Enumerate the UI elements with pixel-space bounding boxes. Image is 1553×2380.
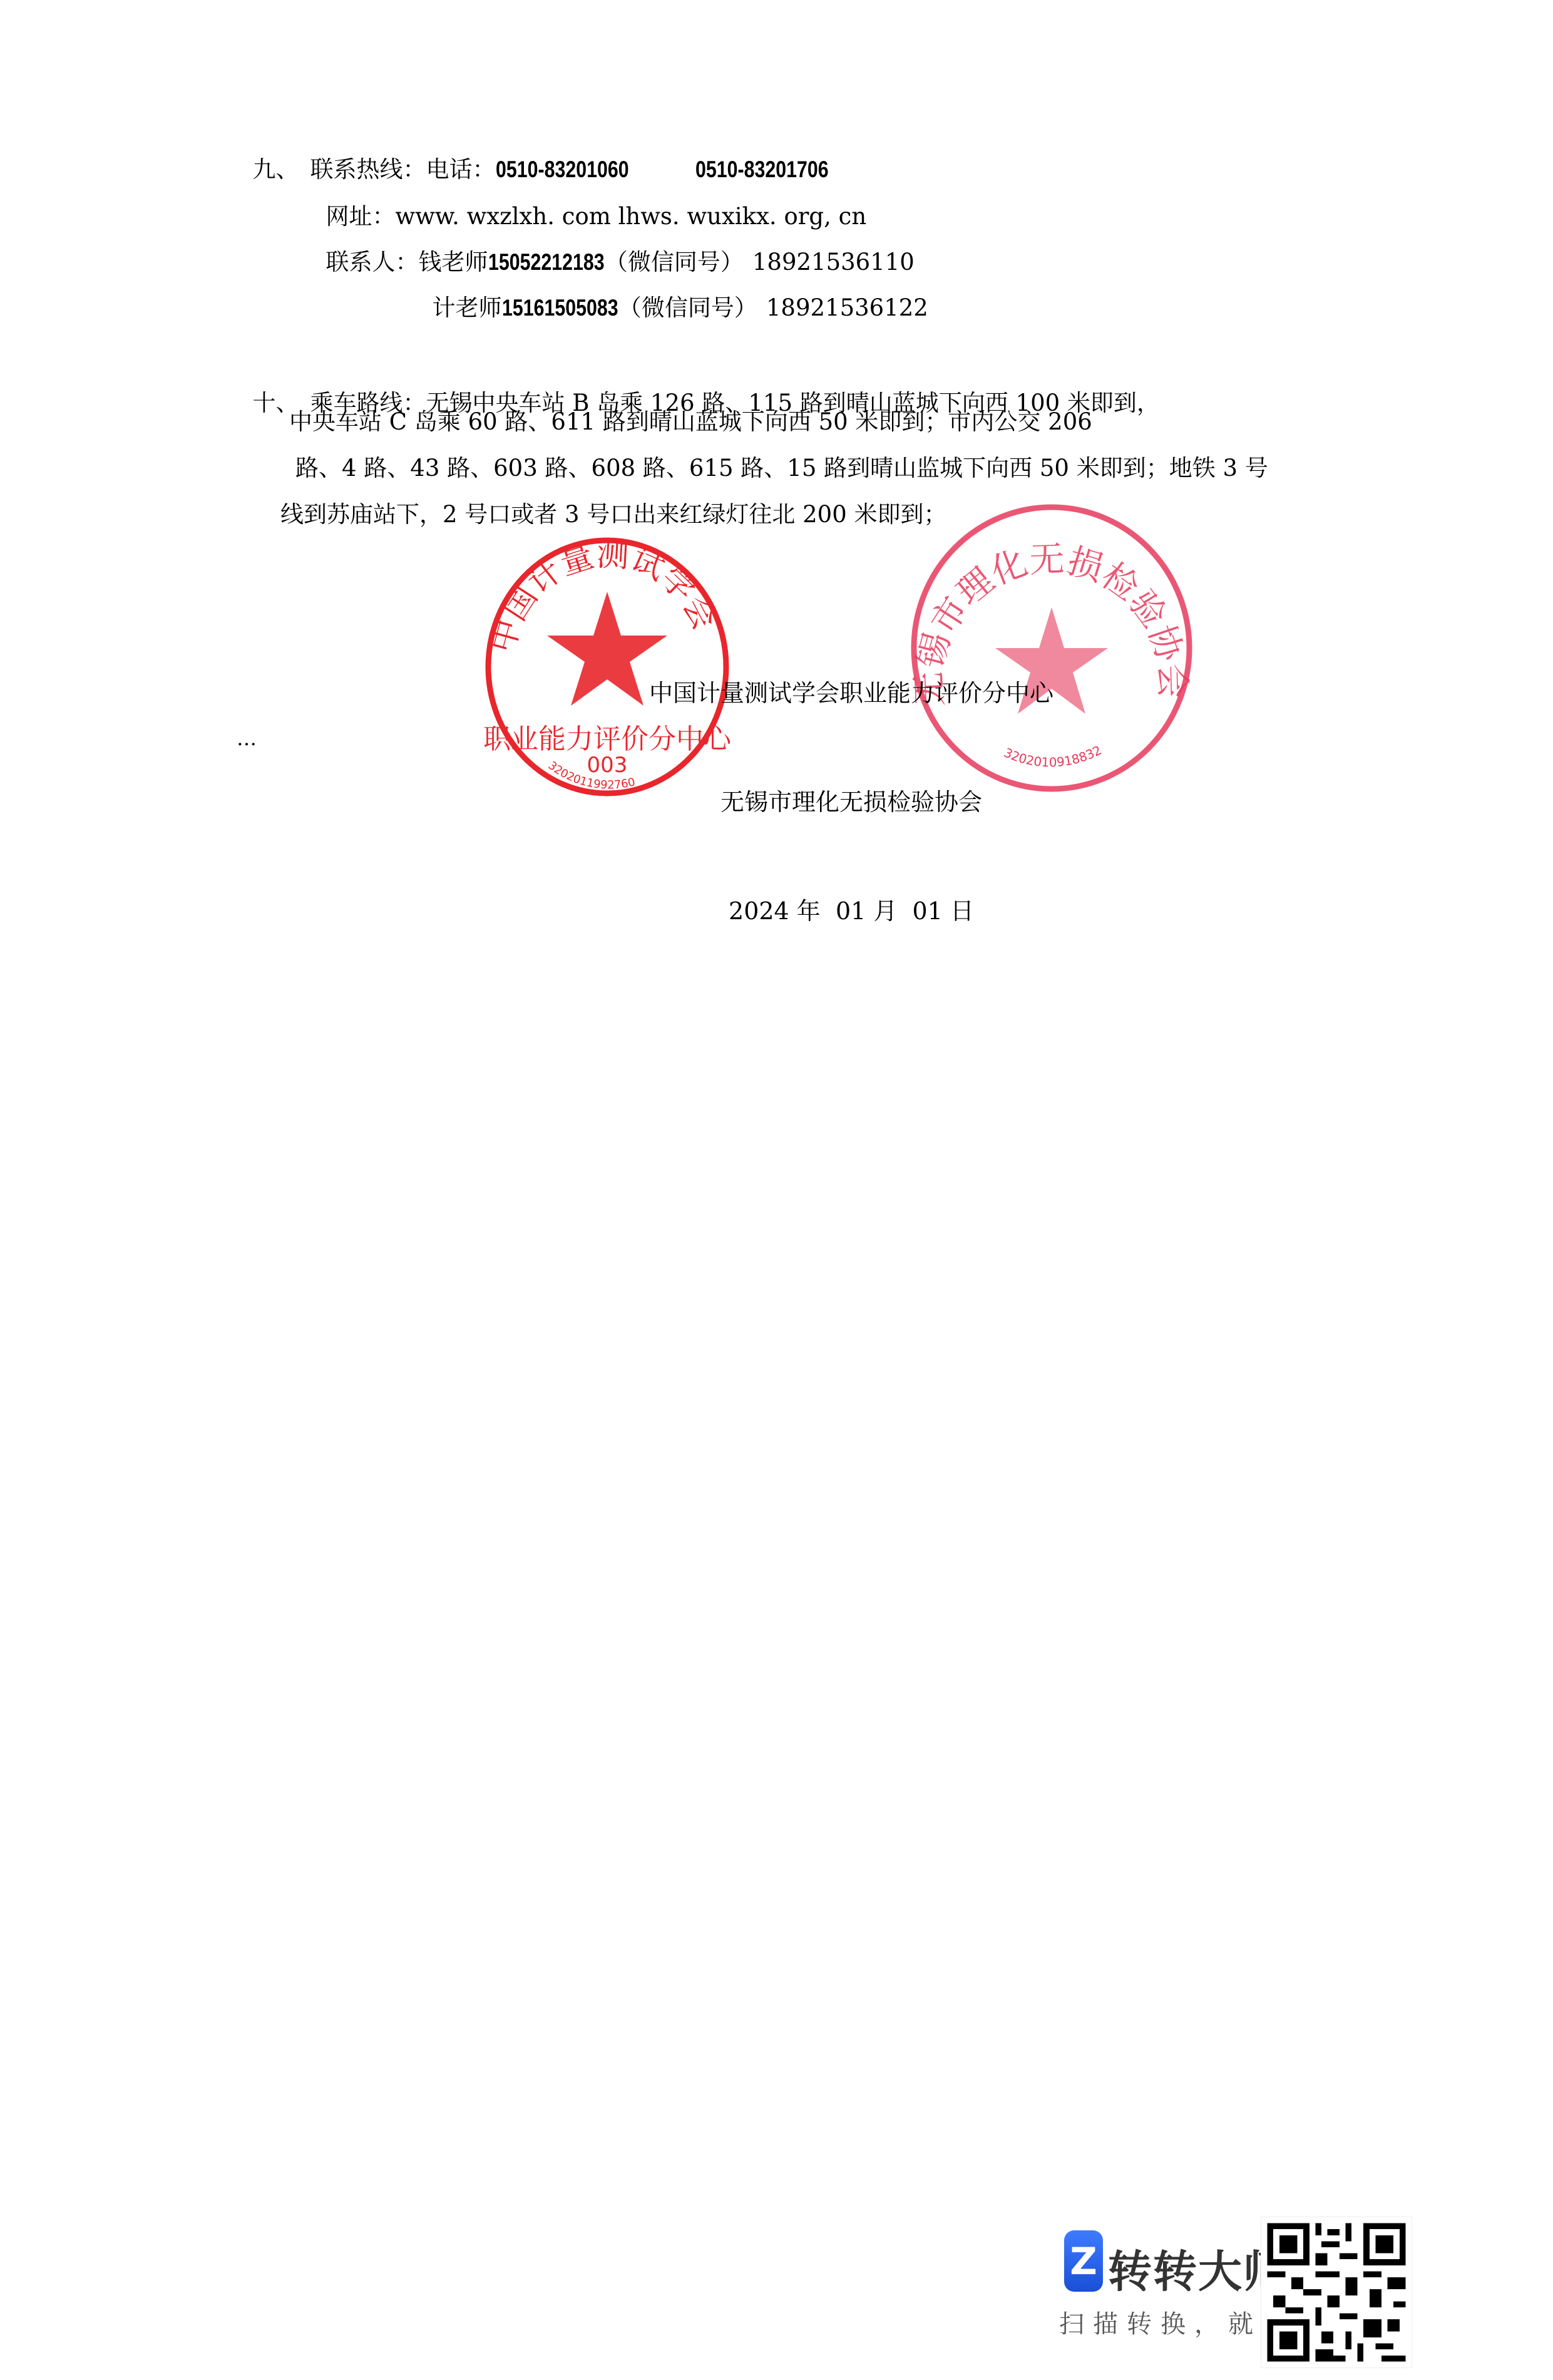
contact-phone: 15161505083 <box>502 294 618 322</box>
wechat-number: 18921536122 <box>766 294 928 321</box>
contact-name: 计老师 <box>433 294 502 321</box>
contacts-label: 联系人： <box>326 249 419 276</box>
zhuanzhuan-logo-icon: Z <box>1064 2230 1103 2292</box>
wechat-note: （微信同号） <box>618 294 757 321</box>
ellipsis: … <box>237 726 257 750</box>
section-ten-line-2: 中央车站 C 岛乘 60 路、611 路到晴山蓝城下向西 50 米即到；市内公交… <box>289 408 1092 436</box>
signature-org-2: 无锡市理化无损检验协会 <box>582 784 1120 820</box>
section-ten-line-4: 线到苏庙站下，2 号口或者 3 号口出来红绿灯往北 200 米即到； <box>280 501 947 528</box>
signature-org-1: 中国计量测试学会职业能力评价分中心 <box>582 675 1120 711</box>
section-number: 九、 <box>253 156 299 183</box>
svg-text:Z: Z <box>1070 2240 1097 2284</box>
signature-block: 中国计量测试学会职业能力评价分中心 无锡市理化无损检验协会 2024 年 01 … <box>582 602 1120 966</box>
qr-code-icon <box>1261 2217 1412 2368</box>
section-ten-line-3: 路、4 路、43 路、603 路、608 路、615 路、15 路到晴山监城下向… <box>295 455 1268 482</box>
signature-date: 2024 年 01 月 01 日 <box>582 893 1120 929</box>
contact-line-2: 计老师15161505083（微信同号）18921536122 <box>418 267 928 322</box>
